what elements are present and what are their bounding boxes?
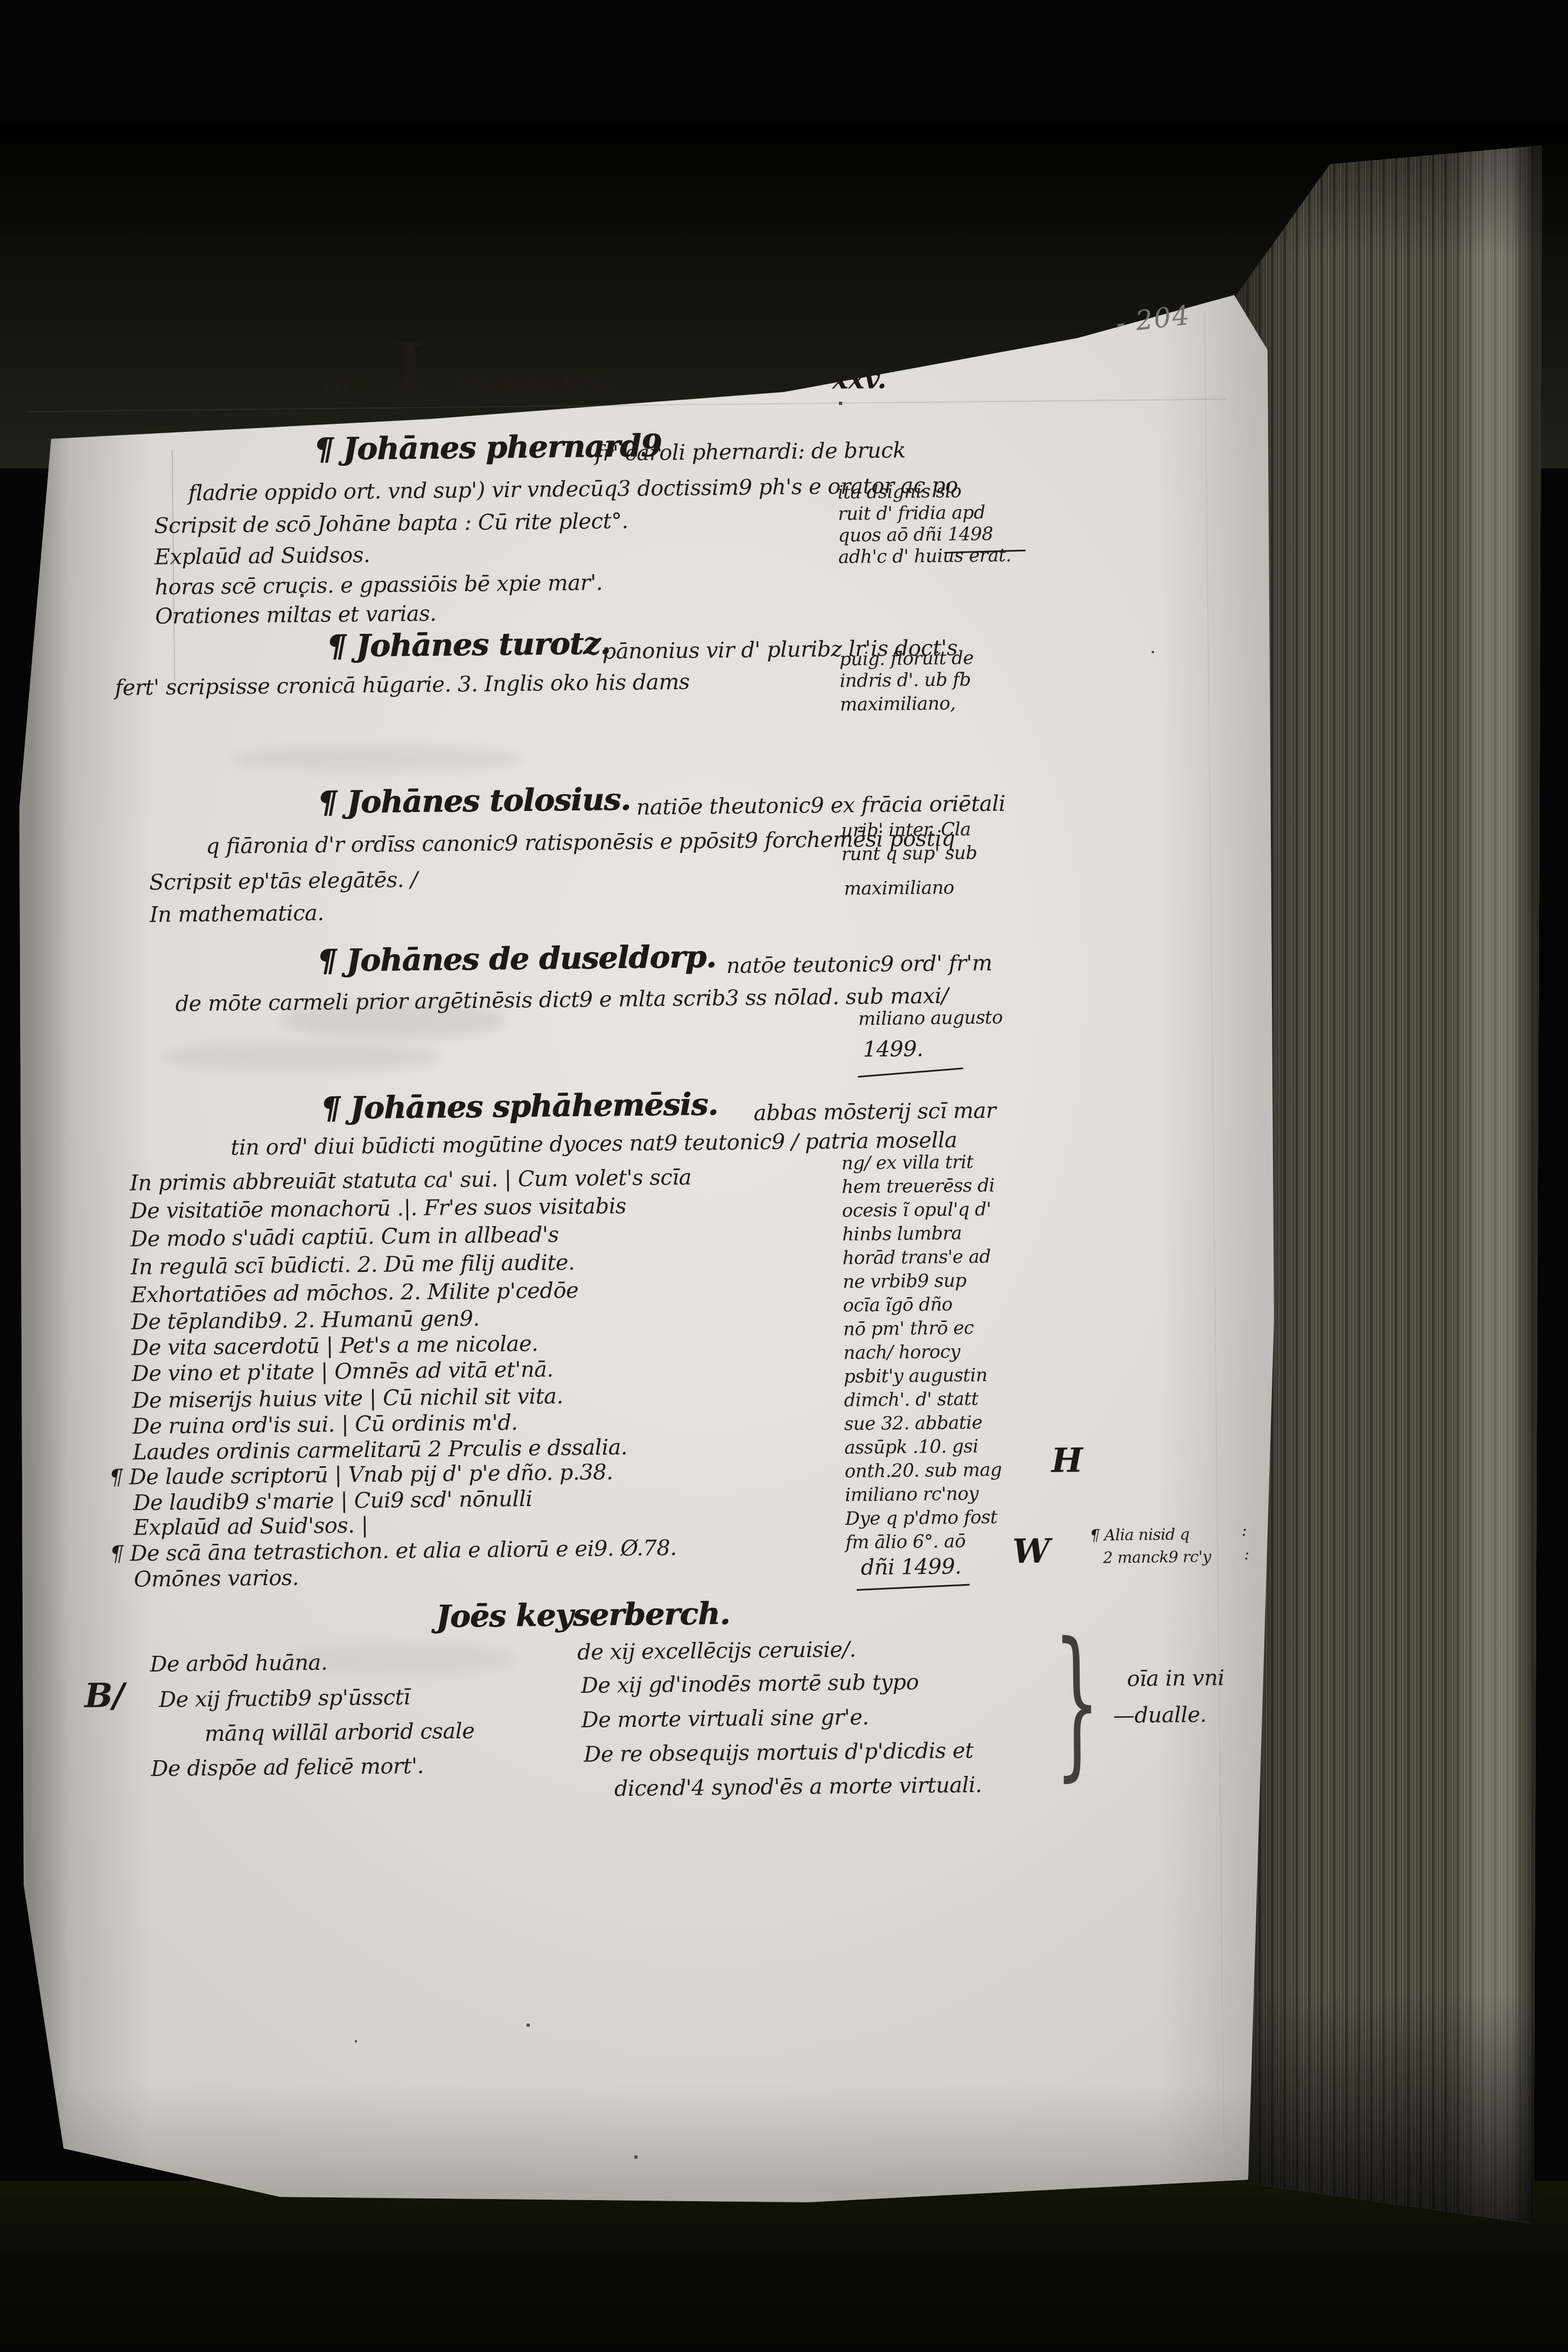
text-line: ocīa ĩgō dño: [843, 1296, 953, 1315]
entry-heading: ¶ Johānes sphāhemēsis.: [320, 1089, 718, 1124]
header-word-incipientes: incipiētes.: [457, 368, 614, 397]
folio-number: xxv.: [832, 366, 887, 393]
text-line: puig. floruit de: [839, 649, 974, 669]
text-line: Scripsit ep'tās elegātēs. /: [149, 869, 418, 893]
text-line: de mōte carmeli prior argētinēsis dict9 …: [175, 985, 948, 1015]
text-line: maximiliano: [844, 879, 954, 898]
text-line: abbas mōsterij scī mar: [754, 1100, 996, 1124]
text-line: De vita sacerdotū | Pet's a me nicolae.: [131, 1333, 538, 1359]
text-line: indris d'. ub fb: [839, 670, 971, 690]
text-line: horas scē crucis. e gpassiōis bē xpie ma…: [155, 572, 603, 598]
text-line: In mathematica.: [150, 902, 324, 926]
text-line: horād trans'e ad: [842, 1248, 991, 1268]
text-line: Omōnes varios.: [134, 1567, 299, 1590]
entry-heading: ¶ Johānes tolosius.: [317, 784, 631, 818]
text-line: De vino et p'itate | Omnēs ad vitā et'nā…: [132, 1359, 554, 1384]
text-line: De miserijs huius vite | Cū nichil sit v…: [132, 1385, 563, 1411]
underline-year: [858, 1068, 963, 1078]
text-line: imiliano rc'noy: [845, 1485, 978, 1504]
text-line: 1499.: [863, 1038, 923, 1060]
margin-note: ¶ Alia nisid q: [1090, 1527, 1189, 1543]
text-line: miliano augusto: [858, 1009, 1003, 1028]
text-line: De tēplandib9. 2. Humanū gen9.: [131, 1308, 480, 1333]
text-line: dñi 1499.: [860, 1556, 961, 1578]
text-line: De visitatiōe monachorū .|. Fr'es suos v…: [130, 1195, 626, 1222]
text-line: De re obsequijs mortuis d'p'dicdis et: [584, 1740, 974, 1766]
text-line: Explaūd ad Suidsos.: [155, 544, 370, 568]
text-line: mānq willāl arborid csale: [205, 1720, 475, 1745]
text-line: De xij fructib9 sp'ūssctī: [159, 1686, 410, 1711]
text-line: fr' caroli phernardi: de bruck: [595, 439, 906, 464]
text-line: De morte virtuali sine gr'e.: [581, 1706, 869, 1731]
text-line: De arbōd huāna.: [150, 1652, 327, 1675]
margin-mark: H: [1051, 1444, 1083, 1478]
manuscript-photo: inIincipiētes.xxv.- 204¶ Johānes phernar…: [0, 0, 1568, 2352]
text-line: quos aō dñi 1498: [838, 525, 993, 545]
text-line: Laudes ordinis carmelitarū 2 Prculis e d…: [132, 1437, 627, 1464]
text-line: nō pm' thrō ec: [843, 1319, 974, 1339]
text-line: onth.20. sub mag: [845, 1461, 1002, 1481]
manuscript-text-layer: inIincipiētes.xxv.- 204¶ Johānes phernar…: [0, 0, 1568, 2352]
text-line: hinbs lumbra: [842, 1224, 962, 1243]
margin-note: :: [1244, 1546, 1249, 1562]
text-line: nach/ horocy: [843, 1342, 960, 1362]
margin-note: :: [1242, 1523, 1247, 1538]
text-line: De modo s'uādi captiū. Cum in allbead's: [130, 1224, 559, 1250]
text-line: natōe teutonic9 ord' fr'm: [726, 953, 992, 977]
text-line: sue 32. abbatie: [844, 1413, 983, 1433]
text-line: maximiliano,: [840, 694, 956, 713]
text-line: ocesis ĩ opul'q d': [842, 1200, 991, 1220]
margin-mark: W: [1012, 1535, 1050, 1569]
text-line: dicend'4 synod'ēs a morte virtuali.: [614, 1774, 982, 1800]
text-line: ne vrbib9 sup: [843, 1271, 967, 1291]
text-line: Orationes miltas et varias.: [155, 603, 437, 627]
text-line: psbit'y augustin: [844, 1366, 988, 1386]
text-line: dimch'. d' statt: [844, 1390, 978, 1410]
brace-mark: }: [1053, 1621, 1101, 1783]
text-line: —dualle.: [1113, 1704, 1207, 1727]
horizontal-ruling: [26, 398, 1227, 412]
vertical-ruling: [1204, 312, 1224, 2143]
entry-heading: ¶ Johānes de duseldorp.: [317, 941, 716, 976]
entry-heading: ¶ Johānes turotz.: [326, 628, 610, 662]
margin-mark: B/: [85, 1679, 125, 1713]
header-initial-I: I: [395, 335, 424, 398]
text-line: de xij excellēcijs ceruisie/.: [577, 1639, 856, 1663]
text-line: ¶ De scā āna tetrastichon. et alia e ali…: [110, 1537, 677, 1565]
text-line: natiōe theutonic9 ex frācia oriētali: [636, 793, 1006, 818]
text-line: ¶ De laude scriptorū | Vnab pij d' p'e d…: [109, 1461, 613, 1488]
text-line: assūpk .10. gsi: [844, 1437, 978, 1457]
margin-note: 2 manck9 rc'y: [1103, 1549, 1211, 1566]
text-line: fert' scripsisse cronicā hūgarie. 3. Ing…: [115, 671, 690, 699]
text-line: hem treuerēss di: [842, 1177, 995, 1196]
text-line: fm ālio 6°. aō: [845, 1532, 965, 1551]
header-word-in: in: [321, 371, 352, 398]
text-line: Explaūd ad Suid'sos. |: [134, 1515, 368, 1539]
text-line: De dispōe ad felicē mort'.: [151, 1755, 424, 1780]
entry-heading: Joēs keyserberch.: [436, 1598, 730, 1632]
text-line: ng/ ex villa trit: [842, 1153, 974, 1173]
text-line: De xij gd'inodēs mortē sub typo: [581, 1671, 919, 1697]
text-line: adh'c d' huius erat.: [838, 546, 1011, 566]
text-line: oīa in vni: [1127, 1667, 1224, 1690]
text-line: In regulā scī būdicti. 2. Dū me filij au…: [130, 1252, 575, 1278]
text-line: urib' inter. Cla: [841, 820, 971, 840]
text-line: ita dsignis slo: [837, 482, 961, 501]
text-line: Scripsit de scō Johāne bapta : Cū rite p…: [154, 510, 628, 537]
text-line: Dye q p'dmo fost: [845, 1508, 997, 1528]
pencil-page-number: - 204: [1115, 302, 1192, 337]
text-line: De laudib9 s'marie | Cui9 scd' nōnulli: [133, 1488, 533, 1514]
text-line: runt q sup' sub: [842, 844, 977, 864]
text-line: De ruina ord'is sui. | Cū ordinis m'd.: [132, 1412, 518, 1437]
underline-year: [857, 1584, 970, 1591]
text-line: ruit d' fridia apd: [838, 503, 985, 523]
text-line: Exhortatiōes ad mōchos. 2. Milite p'cedō…: [131, 1280, 578, 1306]
text-line: In primis abbreuiāt statuta ca' sui. | C…: [130, 1167, 691, 1194]
